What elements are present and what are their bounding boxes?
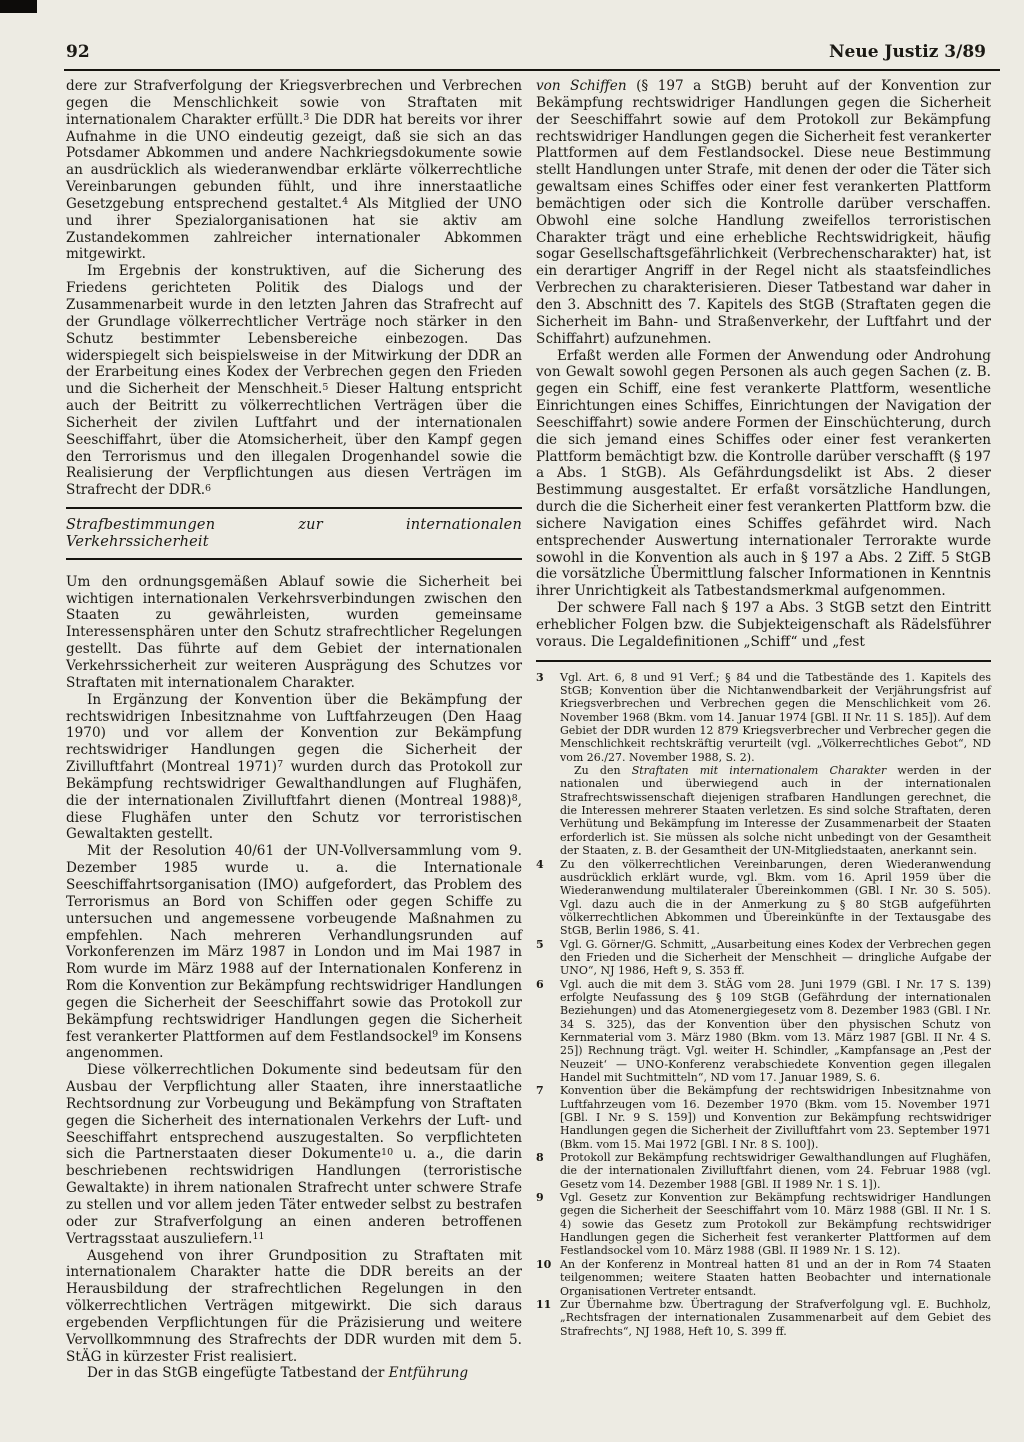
footnote-reference: 10 <box>381 1147 393 1158</box>
footnote-reference: 11 <box>252 1231 264 1242</box>
paragraph: dere zur Strafverfolgung der Kriegsverbr… <box>66 78 522 263</box>
text-segment: Der schwere Fall nach § 197 a Abs. 3 StG… <box>536 600 991 650</box>
text-segment: Protokoll zur Bekämpfung rechtswidriger … <box>560 1151 991 1191</box>
footnote-item: 6Vgl. auch die mit dem 3. StÄG vom 28. J… <box>536 978 991 1085</box>
footnote-item: 5Vgl. G. Görner/G. Schmitt, „Ausarbeitun… <box>536 938 991 978</box>
footnote-paragraph: Vgl. G. Görner/G. Schmitt, „Ausarbeitung… <box>560 938 991 978</box>
footnote-item: 8Protokoll zur Bekämpfung rechtswidriger… <box>536 1151 991 1191</box>
footnote-paragraph: Vgl. auch die mit dem 3. StÄG vom 28. Ju… <box>560 978 991 1085</box>
journal-title: Neue Justiz 3/89 <box>829 42 986 62</box>
footnote-text: Zu den völkerrechtlichen Vereinbarungen,… <box>560 858 991 938</box>
footnote-paragraph: Zu den völkerrechtlichen Vereinbarungen,… <box>560 858 991 938</box>
text-segment: Erfaßt werden alle Formen der Anwendung … <box>536 348 991 600</box>
footnote-item: 7Konvention über die Bekämpfung der rech… <box>536 1084 991 1151</box>
footnote-paragraph: An der Konferenz in Montreal hatten 81 u… <box>560 1258 991 1298</box>
paragraph: Ausgehend von ihrer Grundposition zu Str… <box>66 1248 522 1366</box>
paragraph: Diese völkerrechtlichen Dokumente sind b… <box>66 1062 522 1247</box>
footnote-number: 3 <box>536 671 560 858</box>
footnote-paragraph: Protokoll zur Bekämpfung rechtswidriger … <box>560 1151 991 1191</box>
paragraph: Im Ergebnis der konstruktiven, auf die S… <box>66 263 522 499</box>
text-segment: Vgl. auch die mit dem 3. StÄG vom 28. Ju… <box>560 978 991 1084</box>
scan-corner-mark <box>0 0 37 13</box>
paragraph: Um den ordnungsgemäßen Ablauf sowie die … <box>66 574 522 692</box>
header-rule <box>64 69 1000 71</box>
text-segment: Zu den völkerrechtlichen Vereinbarungen,… <box>560 858 991 938</box>
footnote-reference: 6 <box>205 483 211 494</box>
footnote-number: 6 <box>536 978 560 1085</box>
right-column: von Schiffen (§ 197 a StGB) beruht auf d… <box>536 78 991 1338</box>
footnote-number: 11 <box>536 1298 560 1338</box>
footnote-paragraph: Konvention über die Bekämpfung der recht… <box>560 1084 991 1151</box>
footnote-item: 4Zu den völkerrechtlichen Vereinbarungen… <box>536 858 991 938</box>
footnote-text: An der Konferenz in Montreal hatten 81 u… <box>560 1258 991 1298</box>
text-segment: Konvention über die Bekämpfung der recht… <box>560 1084 991 1150</box>
text-segment: von Schiffen <box>536 78 627 94</box>
text-segment: (§ 197 a StGB) beruht auf der Konvention… <box>536 78 991 347</box>
footnote-number: 8 <box>536 1151 560 1191</box>
text-segment: Dieser Haltung entspricht auch der Beitr… <box>66 381 522 498</box>
footnote-text: Vgl. Art. 6, 8 und 91 Verf.; § 84 und di… <box>560 671 991 858</box>
footnote-number: 7 <box>536 1084 560 1151</box>
paragraph: Mit der Resolution 40/61 der UN-Vollvers… <box>66 843 522 1062</box>
paragraph: von Schiffen (§ 197 a StGB) beruht auf d… <box>536 78 991 348</box>
footnote-text: Vgl. Gesetz zur Konvention zur Bekämpfun… <box>560 1191 991 1258</box>
text-segment: An der Konferenz in Montreal hatten 81 u… <box>560 1258 991 1298</box>
text-segment: Entführung <box>389 1365 468 1381</box>
footnote-number: 5 <box>536 938 560 978</box>
footnotes-section: 3Vgl. Art. 6, 8 und 91 Verf.; § 84 und d… <box>536 671 991 1338</box>
paragraph: In Ergänzung der Konvention über die Bek… <box>66 692 522 844</box>
text-segment: Vgl. Art. 6, 8 und 91 Verf.; § 84 und di… <box>560 671 991 764</box>
footnote-paragraph: Zu den Straftaten mit internationalem Ch… <box>560 764 991 857</box>
left-column: dere zur Strafverfolgung der Kriegsverbr… <box>66 78 522 1382</box>
text-segment: Im Ergebnis der konstruktiven, auf die S… <box>66 263 522 397</box>
footnote-text: Vgl. G. Görner/G. Schmitt, „Ausarbeitung… <box>560 938 991 978</box>
text-segment: Der in das StGB eingefügte Tatbestand de… <box>87 1365 389 1381</box>
text-segment: Zu den <box>574 764 632 777</box>
page-number: 92 <box>66 42 90 62</box>
footnote-reference: 4 <box>342 196 348 207</box>
footnote-paragraph: Vgl. Gesetz zur Konvention zur Bekämpfun… <box>560 1191 991 1258</box>
footnote-item: 3Vgl. Art. 6, 8 und 91 Verf.; § 84 und d… <box>536 671 991 858</box>
footnote-number: 9 <box>536 1191 560 1258</box>
footnote-text: Vgl. auch die mit dem 3. StÄG vom 28. Ju… <box>560 978 991 1085</box>
section-heading: Strafbestimmungen zur internationalen Ve… <box>66 507 522 560</box>
text-segment: Straftaten mit internationalem Charakter <box>632 764 887 777</box>
text-segment: Ausgehend von ihrer Grundposition zu Str… <box>66 1248 522 1365</box>
footnote-text: Protokoll zur Bekämpfung rechtswidriger … <box>560 1151 991 1191</box>
footnote-reference: 7 <box>277 759 283 770</box>
footnote-reference: 8 <box>512 793 518 804</box>
footnote-item: 9Vgl. Gesetz zur Konvention zur Bekämpfu… <box>536 1191 991 1258</box>
footnote-text: Konvention über die Bekämpfung der recht… <box>560 1084 991 1151</box>
footnote-reference: 9 <box>432 1029 438 1040</box>
paragraph: Der schwere Fall nach § 197 a Abs. 3 StG… <box>536 600 991 651</box>
text-segment: Um den ordnungsgemäßen Ablauf sowie die … <box>66 574 522 691</box>
footnote-number: 4 <box>536 858 560 938</box>
footnote-item: 10An der Konferenz in Montreal hatten 81… <box>536 1258 991 1298</box>
footnote-number: 10 <box>536 1258 560 1298</box>
text-segment: Mit der Resolution 40/61 der UN-Vollvers… <box>66 843 522 1044</box>
footnote-text: Zur Übernahme bzw. Übertragung der Straf… <box>560 1298 991 1338</box>
text-segment: Vgl. G. Görner/G. Schmitt, „Ausarbeitung… <box>560 938 991 978</box>
text-segment: werden in der nationalen und überwiegend… <box>560 764 991 857</box>
paragraph: Erfaßt werden alle Formen der Anwendung … <box>536 348 991 601</box>
footnote-paragraph: Vgl. Art. 6, 8 und 91 Verf.; § 84 und di… <box>560 671 991 764</box>
footnote-reference: 3 <box>303 112 309 123</box>
footnote-item: 11Zur Übernahme bzw. Übertragung der Str… <box>536 1298 991 1338</box>
footnote-separator-rule <box>536 660 991 662</box>
footnote-paragraph: Zur Übernahme bzw. Übertragung der Straf… <box>560 1298 991 1338</box>
journal-page: 92 Neue Justiz 3/89 dere zur Strafverfol… <box>0 0 1024 1442</box>
text-segment: Vgl. Gesetz zur Konvention zur Bekämpfun… <box>560 1191 991 1257</box>
paragraph: Der in das StGB eingefügte Tatbestand de… <box>66 1365 522 1382</box>
right-column-body: von Schiffen (§ 197 a StGB) beruht auf d… <box>536 78 991 651</box>
footnote-reference: 5 <box>322 382 328 393</box>
text-segment: Zur Übernahme bzw. Übertragung der Straf… <box>560 1298 991 1338</box>
